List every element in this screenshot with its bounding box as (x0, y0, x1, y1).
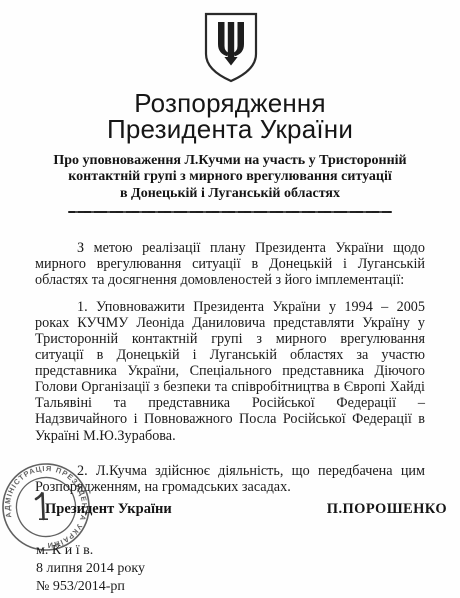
paragraph-item-1: 1. Уповноважити Президента України у 199… (35, 299, 425, 443)
footer-number: № 953/2014-рп (36, 578, 145, 596)
paragraph-item-2: 2. Л.Кучма здійснює діяльність, що перед… (35, 463, 425, 495)
footer-date: 8 липня 2014 року (36, 560, 145, 578)
signer-title: Президент України (45, 501, 172, 518)
coat-of-arms-icon (202, 12, 260, 84)
signature-row: Президент України П.ПОРОШЕНКО (45, 501, 447, 518)
document-subject: Про уповноваження Л.Кучми на участь у Тр… (0, 153, 460, 202)
paragraph-preamble: З метою реалізації плану Президента Укра… (35, 240, 425, 288)
footer-city: м. К и ї в. (36, 542, 145, 560)
document-title: Розпорядження Президента України (0, 90, 460, 142)
document-body: З метою реалізації плану Президента Укра… (35, 240, 425, 495)
decree-page: Розпорядження Президента України Про упо… (0, 0, 460, 598)
footer-block: м. К и ї в. 8 липня 2014 року № 953/2014… (36, 542, 145, 596)
signer-name: П.ПОРОШЕНКО (327, 501, 447, 518)
divider (68, 211, 392, 213)
